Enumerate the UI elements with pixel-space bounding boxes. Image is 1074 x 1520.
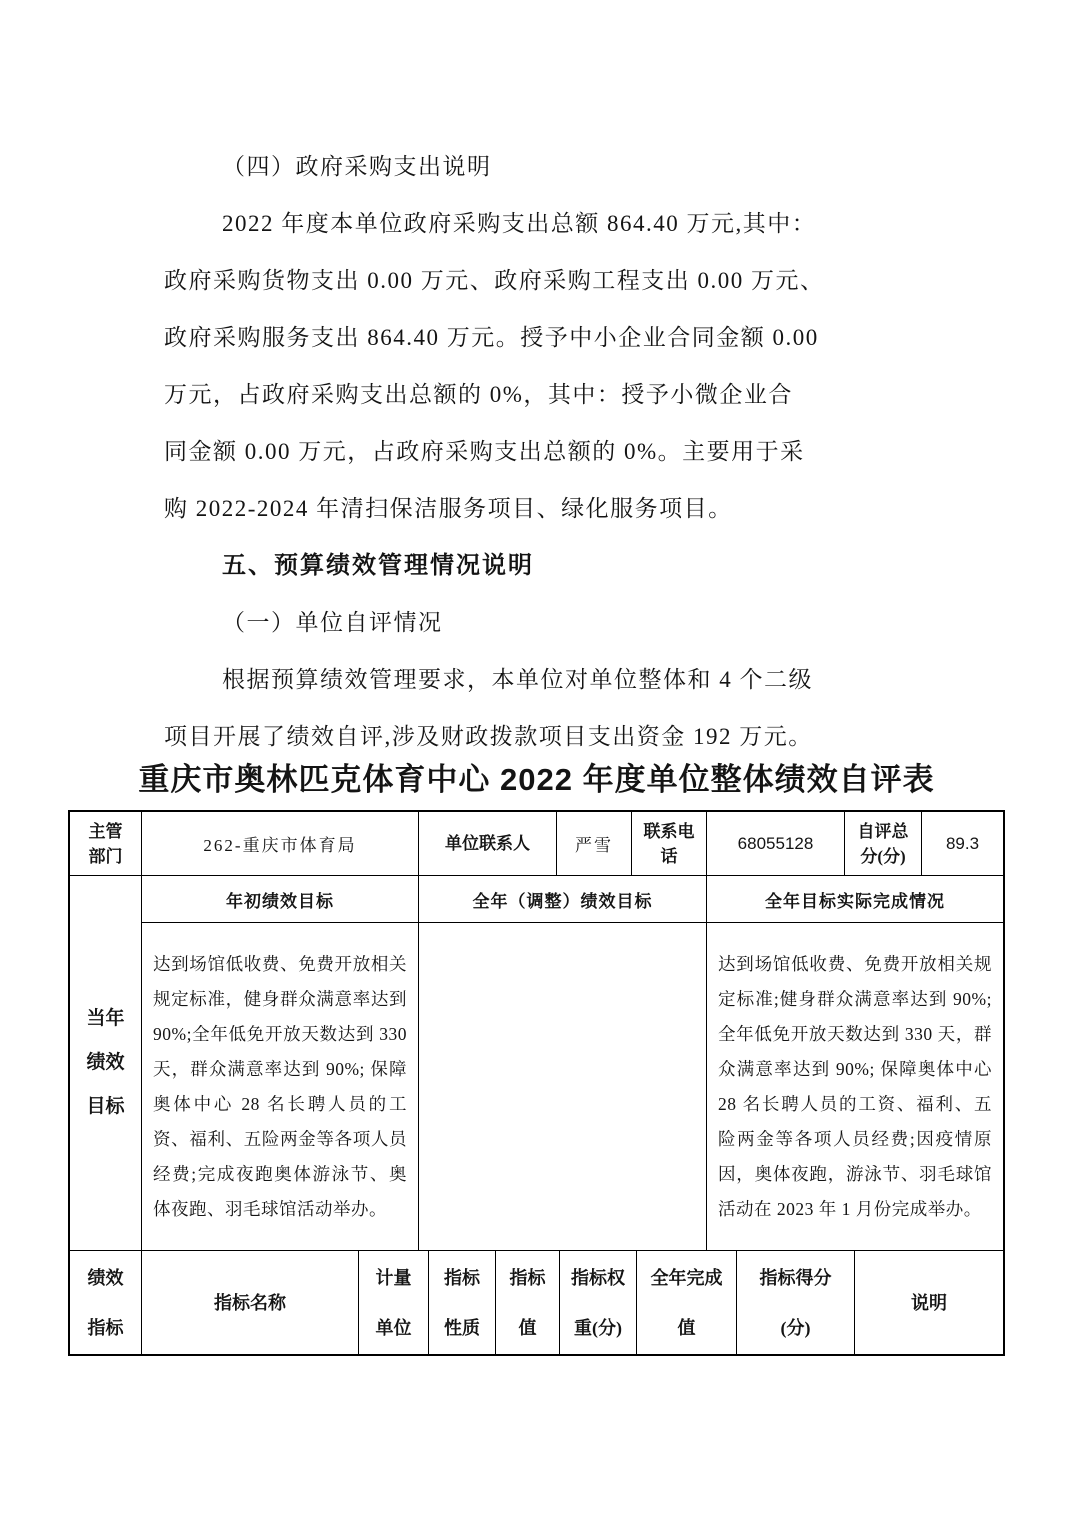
indicator-header-row: 绩效 指标 指标名称 计量 单位 指标 性质 指标 值 指标权 重(分) 全年完… [70, 1251, 1003, 1354]
table-goals-section: 当年 绩效 目标 年初绩效目标 全年（调整）绩效目标 全年目标实际完成情况 达到… [70, 876, 1003, 1251]
heading-section-five: 五、预算绩效管理情况说明 [164, 537, 918, 594]
indicator-score-header-cell: 指标得分 (分) [737, 1251, 855, 1354]
initial-goal-text: 达到场馆低收费、免费开放相关规定标准，健身群众满意率达到 90%;全年低免开放天… [153, 947, 407, 1227]
document-page: （四）政府采购支出说明 2022 年度本单位政府采购支出总额 864.40 万元… [0, 0, 1074, 1520]
body-line: 同金额 0.00 万元，占政府采购支出总额的 0%。主要用于采 [164, 423, 918, 480]
body-line: 购 2022-2024 年清扫保洁服务项目、绿化服务项目。 [164, 480, 918, 537]
actual-completion-text-cell: 达到场馆低收费、免费开放相关规定标准;健身群众满意率达到 90%;全年低免开放天… [707, 923, 1003, 1251]
measure-unit-header-cell: 计量 单位 [359, 1251, 429, 1354]
table-title: 重庆市奥林匹克体育中心 2022 年度单位整体绩效自评表 [68, 752, 1005, 808]
body-line: 2022 年度本单位政府采购支出总额 864.40 万元,其中： [164, 195, 918, 252]
adjusted-goal-text-cell [419, 923, 707, 1251]
note-header-cell: 说明 [855, 1251, 1003, 1354]
dept-label-cell: 主管 部门 [70, 812, 142, 876]
adjusted-goal-header-cell: 全年（调整）绩效目标 [419, 876, 707, 923]
body-line: 政府采购货物支出 0.00 万元、政府采购工程支出 0.00 万元、 [164, 252, 918, 309]
indicator-weight-header-cell: 指标权 重(分) [560, 1251, 637, 1354]
phone-label-cell: 联系电 话 [632, 812, 707, 876]
actual-completion-text: 达到场馆低收费、免费开放相关规定标准;健身群众满意率达到 90%;全年低免开放天… [718, 947, 992, 1227]
table-info-row: 主管 部门 262-重庆市体育局 单位联系人 严雪 联系电 话 68055128… [70, 812, 1003, 876]
heading-subsection-one: （一）单位自评情况 [164, 594, 918, 651]
contact-value-cell: 严雪 [557, 812, 632, 876]
performance-self-evaluation-table: 主管 部门 262-重庆市体育局 单位联系人 严雪 联系电 话 68055128… [68, 810, 1005, 1356]
initial-goal-header-cell: 年初绩效目标 [142, 876, 419, 923]
body-line: 万元，占政府采购支出总额的 0%，其中：授予小微企业合 [164, 366, 918, 423]
indicator-nature-header-cell: 指标 性质 [429, 1251, 496, 1354]
annual-completion-header-cell: 全年完成 值 [637, 1251, 737, 1354]
contact-label-cell: 单位联系人 [419, 812, 557, 876]
dept-value-cell: 262-重庆市体育局 [142, 812, 419, 876]
goals-row-label-cell: 当年 绩效 目标 [70, 876, 142, 1251]
initial-goal-text-cell: 达到场馆低收费、免费开放相关规定标准，健身群众满意率达到 90%;全年低免开放天… [142, 923, 419, 1251]
actual-completion-header-cell: 全年目标实际完成情况 [707, 876, 1003, 923]
score-label-cell: 自评总 分(分) [845, 812, 922, 876]
goals-columns: 年初绩效目标 全年（调整）绩效目标 全年目标实际完成情况 达到场馆低收费、免费开… [142, 876, 1003, 1251]
heading-section-four: （四）政府采购支出说明 [164, 138, 918, 195]
score-value-cell: 89.3 [922, 812, 1003, 876]
indicator-row-label-cell: 绩效 指标 [70, 1251, 142, 1354]
indicator-value-header-cell: 指标 值 [496, 1251, 560, 1354]
goals-content-row: 达到场馆低收费、免费开放相关规定标准，健身群众满意率达到 90%;全年低免开放天… [142, 923, 1003, 1251]
body-text: （四）政府采购支出说明 2022 年度本单位政府采购支出总额 864.40 万元… [164, 138, 918, 765]
goals-header-row: 年初绩效目标 全年（调整）绩效目标 全年目标实际完成情况 [142, 876, 1003, 923]
body-line: 政府采购服务支出 864.40 万元。授予中小企业合同金额 0.00 [164, 309, 918, 366]
phone-value-cell: 68055128 [707, 812, 845, 876]
indicator-name-header-cell: 指标名称 [142, 1251, 359, 1354]
body-line: 根据预算绩效管理要求，本单位对单位整体和 4 个二级 [164, 651, 918, 708]
